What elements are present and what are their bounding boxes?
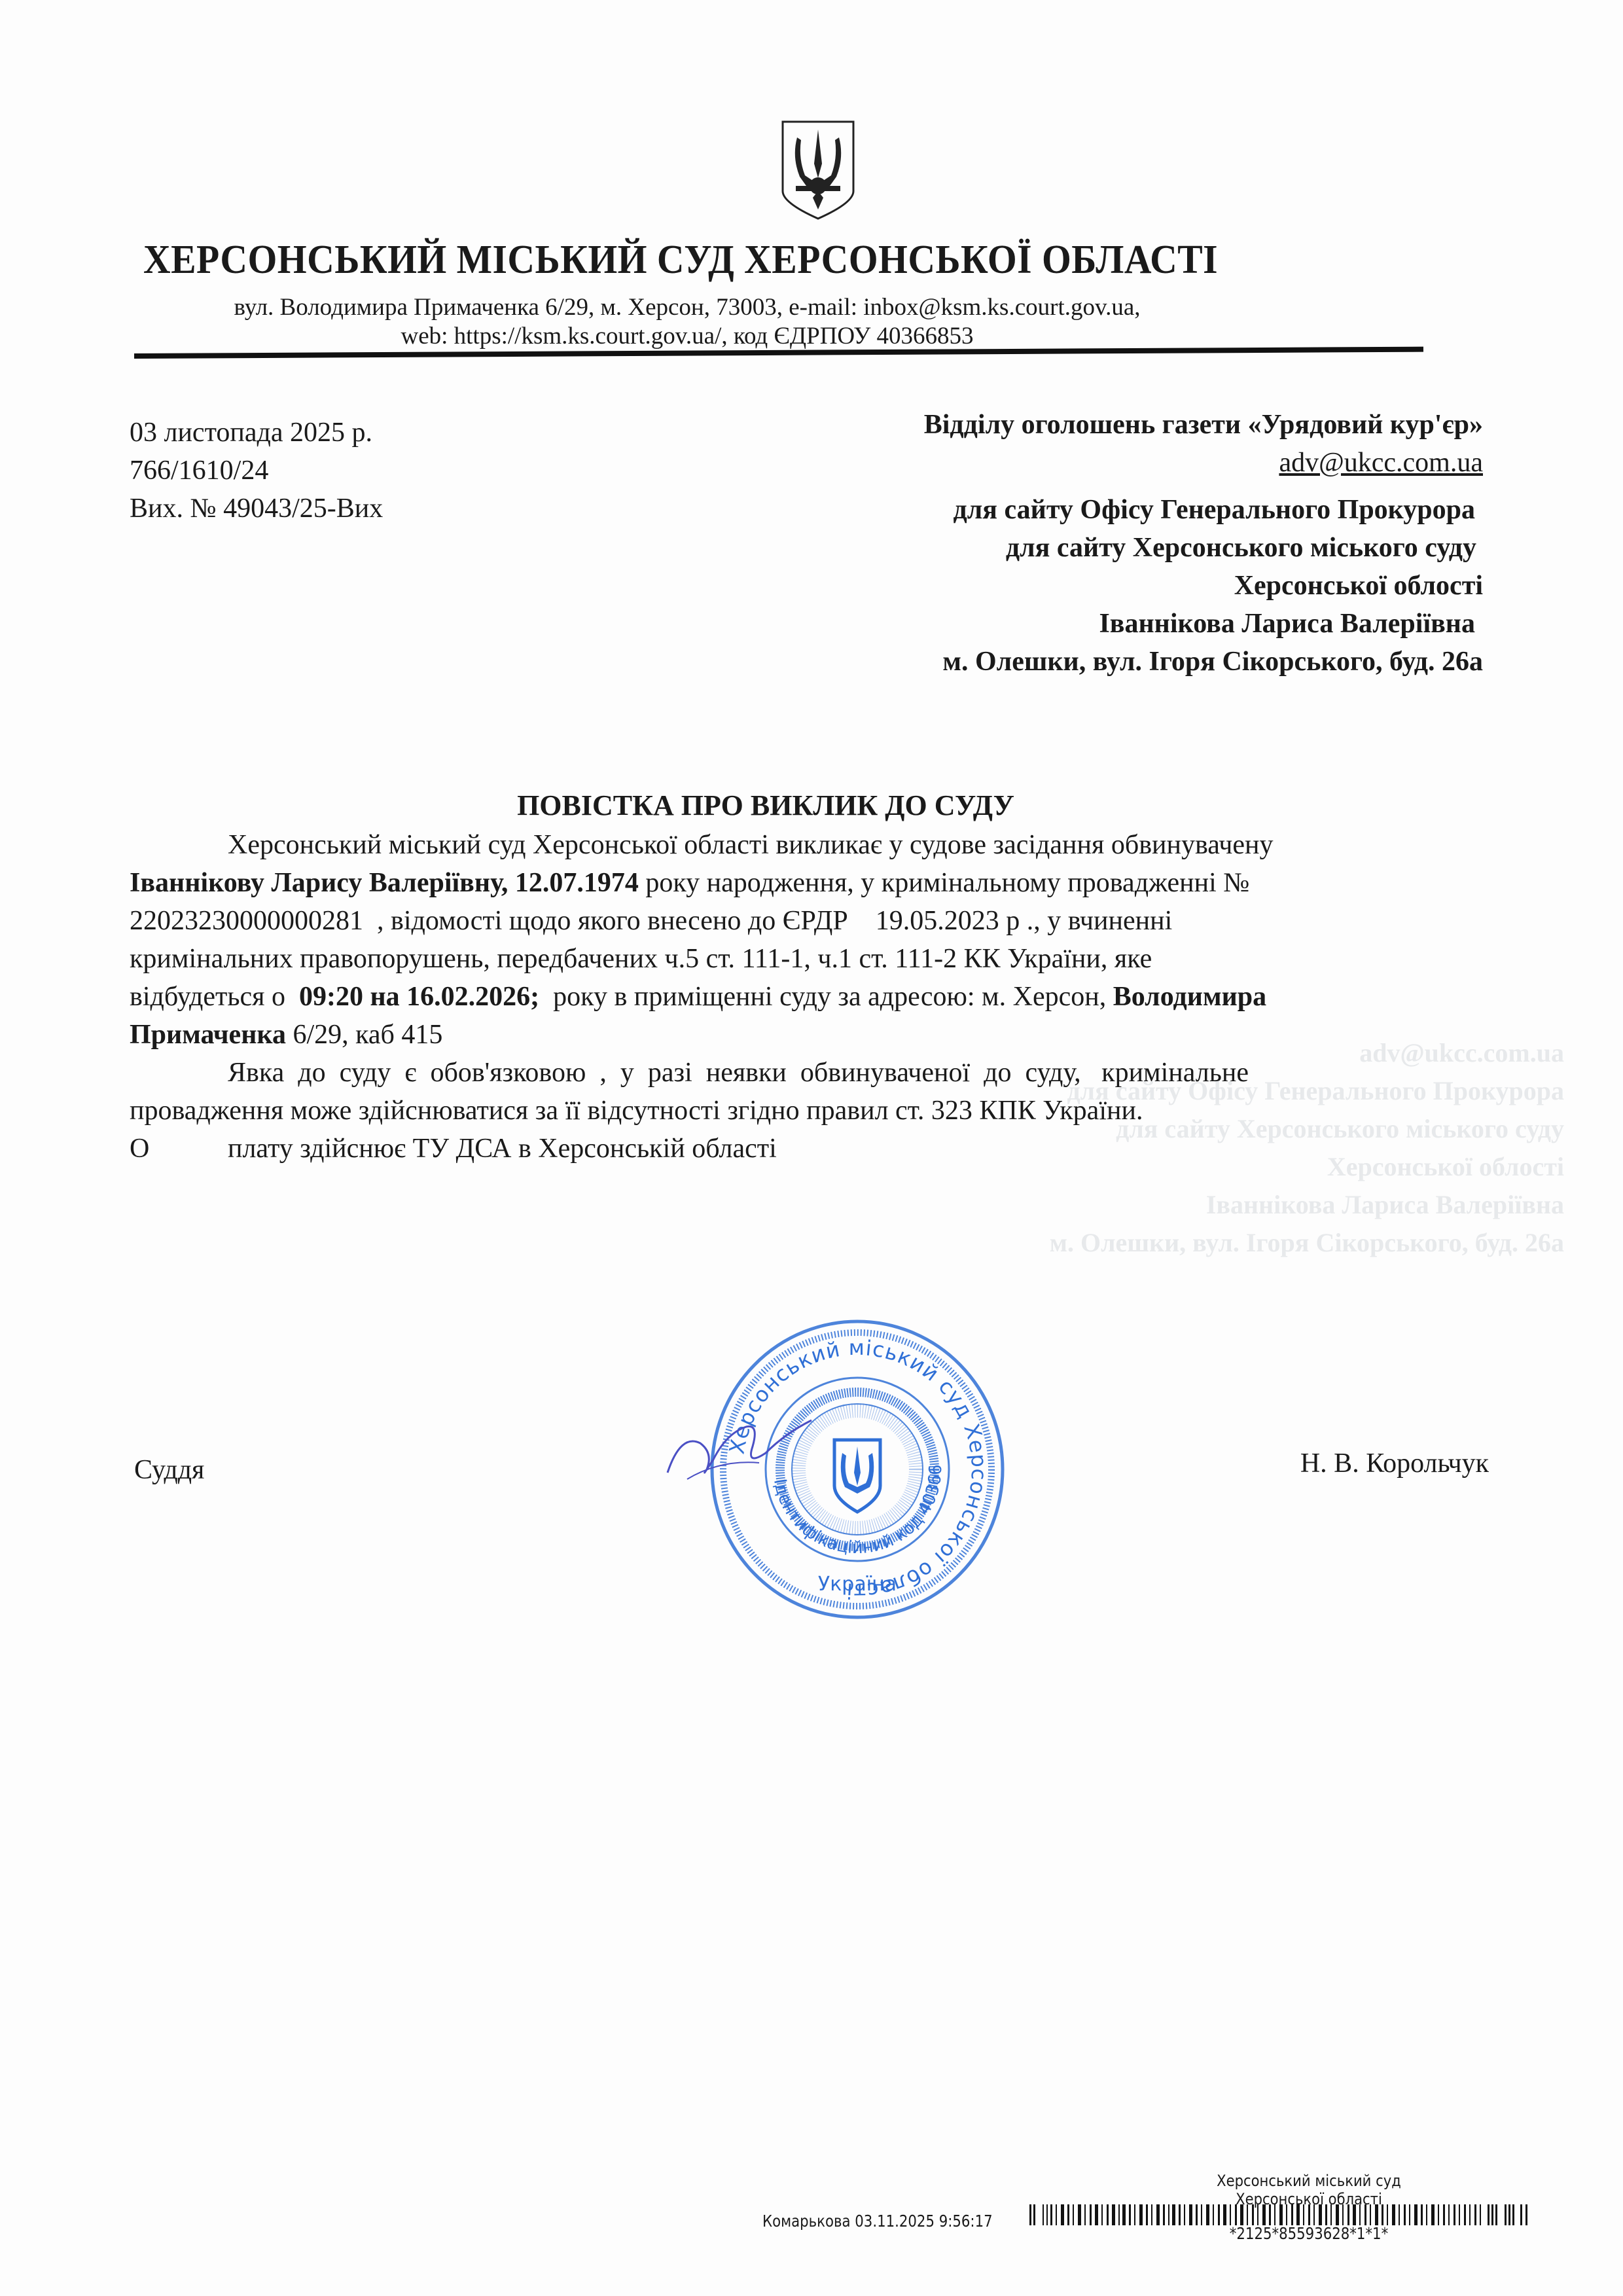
payment-note: плату здійснює ТУ ДСА в Херсонській обла…: [228, 1134, 777, 1164]
defendant-name: Іваннікову Ларису Валеріївну, 12.07.1974: [130, 868, 639, 898]
body-line: кримінальних правопорушень, передбачених…: [130, 940, 1492, 978]
document-meta: 03 листопада 2025 р. 766/1610/24 Вих. № …: [130, 414, 383, 528]
body-line: Примаченка 6/29, каб 415: [130, 1016, 1492, 1054]
body-line: Іваннікову Ларису Валеріївну, 12.07.1974…: [130, 864, 1492, 902]
case-number: 766/1610/24: [130, 452, 383, 490]
court-address-text: вул. Володимира Примаченка 6/29, м. Херс…: [234, 293, 1140, 321]
svg-text:Україна: Україна: [818, 1573, 897, 1596]
court-web-text: web: https://ksm.ks.court.gov.ua/, код Є…: [401, 322, 973, 350]
addressee-prosecutor-site: для сайту Офісу Генерального Прокурора: [924, 491, 1475, 529]
body-line: Херсонський міський суд Херсонської обла…: [130, 826, 1492, 864]
court-name-text: ХЕРСОНСЬКИЙ МІСЬКИЙ СУД ХЕРСОНСЬКОЇ ОБЛА…: [143, 237, 1218, 283]
body-line: Оплату здійснює ТУ ДСА в Херсонській обл…: [130, 1130, 1492, 1168]
hearing-datetime: 09:20 на 16.02.2026;: [299, 982, 539, 1012]
addressee-newspaper: Відділу оголошень газети «Урядовий кур'є…: [924, 406, 1483, 444]
court-web-line: web: https://ksm.ks.court.gov.ua/, код Є…: [0, 322, 1623, 350]
document-title-text: ПОВІСТКА ПРО ВИКЛИК ДО СУДУ: [517, 789, 1014, 822]
judge-role-label: Суддя: [134, 1454, 204, 1486]
addressee-name: Іваннікова Лариса Валеріївна: [924, 605, 1475, 643]
court-name-heading: ХЕРСОНСЬКИЙ МІСЬКИЙ СУД ХЕРСОНСЬКОЇ ОБЛА…: [48, 237, 1557, 283]
addressee-block: Відділу оголошень газети «Урядовий кур'є…: [924, 406, 1483, 681]
body-line: Явка до суду є обов'язковою , у разі нея…: [130, 1054, 1492, 1092]
registrar-timestamp: Комарькова 03.11.2025 9:56:17: [762, 2212, 993, 2231]
body-line: 22023230000000281 , відомості щодо якого…: [130, 902, 1492, 940]
addressee-court-site: для сайту Херсонського міського суду: [924, 529, 1476, 567]
barcode-number: *2125*85593628*1*1*: [1192, 2224, 1426, 2243]
addressee-region: Херсонської облості: [924, 567, 1483, 605]
judge-signature: [661, 1407, 831, 1486]
ukraine-trident-emblem-icon: [777, 118, 859, 221]
document-body: Херсонський міський суд Херсонської обла…: [130, 826, 1492, 1168]
document-barcode: [1029, 2204, 1533, 2225]
judge-name: Н. В. Корольчук: [1300, 1448, 1489, 1479]
court-address-line: вул. Володимира Примаченка 6/29, м. Херс…: [0, 293, 1623, 321]
addressee-address: м. Олешки, вул. Ігоря Сікорського, буд. …: [924, 643, 1483, 681]
body-line: провадження може здійснюватися за її від…: [130, 1092, 1492, 1130]
outgoing-number: Вих. № 49043/25-Вих: [130, 490, 383, 528]
document-title: ПОВІСТКА ПРО ВИКЛИК ДО СУДУ: [0, 789, 1623, 822]
document-date: 03 листопада 2025 р.: [130, 414, 383, 452]
footer-court-org: Херсонський міський суд Херсонської обла…: [1194, 2172, 1424, 2208]
addressee-email-link[interactable]: adv@ukcc.com.ua: [924, 444, 1483, 482]
body-line: відбудеться о 09:20 на 16.02.2026; року …: [130, 978, 1492, 1016]
room-number: 6/29, каб 415: [286, 1020, 442, 1050]
